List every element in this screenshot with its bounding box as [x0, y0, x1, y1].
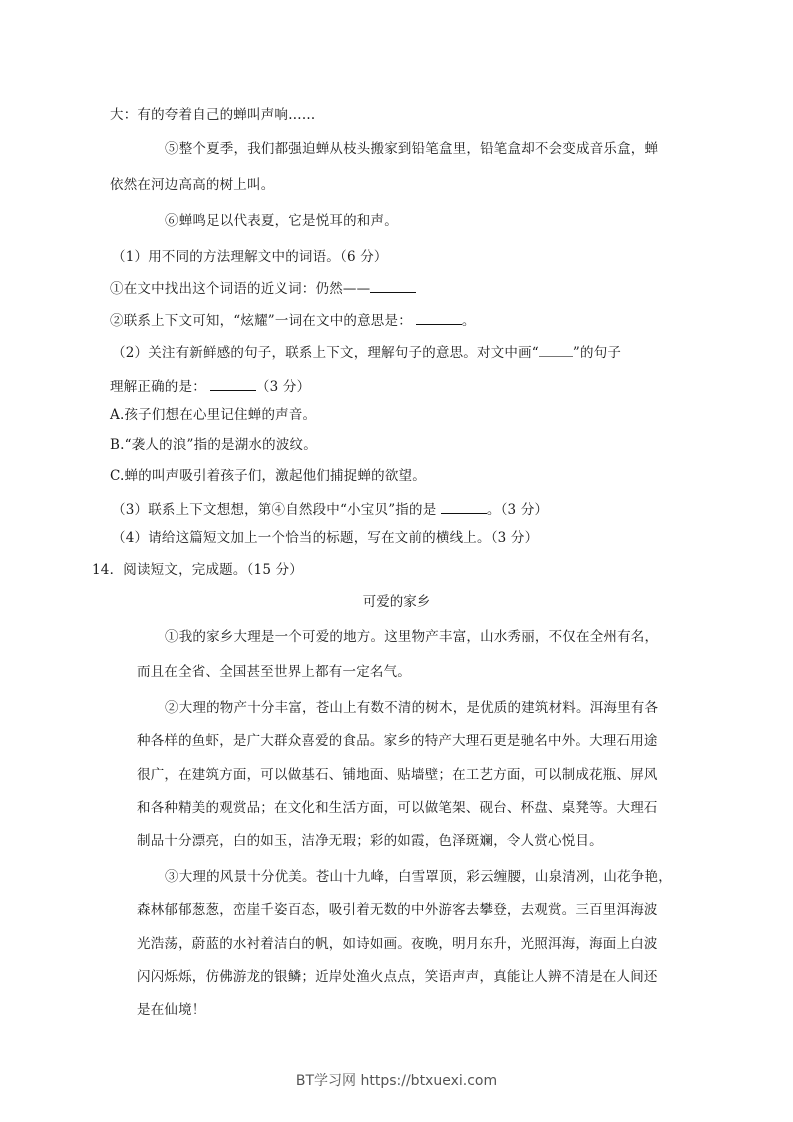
option-b: B.“袭人的浪”指的是湖水的波纹。	[110, 436, 317, 454]
question-1-sub-2-suffix: 。	[462, 313, 476, 329]
question-2-line-2-text: 理解正确的是：	[110, 379, 206, 395]
question-1-sub-1: ①在文中找出这个词语的近义词：仍然——	[110, 278, 416, 298]
question-2-score: （3 分）	[256, 379, 310, 395]
passage-title: 可爱的家乡	[0, 593, 793, 611]
question-14-heading: 14．阅读短文，完成题。（15 分）	[92, 561, 303, 579]
question-4: （4）请给这篇短文加上一个恰当的标题，写在文前的横线上。（3 分）	[112, 529, 538, 547]
paragraph-1-line-2: 而且在全省、全国甚至世界上都有一定名气。	[137, 663, 411, 681]
answer-blank[interactable]	[370, 278, 416, 293]
answer-blank[interactable]	[441, 499, 487, 514]
paragraph-2-line-4: 和各种精美的观赏品；在文化和生活方面，可以做笔架、砚台、杯盘、桌凳等。大理石	[137, 799, 658, 817]
answer-blank[interactable]	[210, 376, 256, 391]
footer-watermark: BT学习网 https://btxuexi.com	[0, 1070, 793, 1090]
question-2-line-2: 理解正确的是：（3 分）	[110, 376, 310, 396]
paragraph-2-line-3: 很广，在建筑方面，可以做基石、铺地面、贴墙壁；在工艺方面，可以制成花瓶、屏风	[137, 766, 658, 784]
question-1-sub-2-text: ②联系上下文可知，“炫耀”一词在文中的意思是：	[110, 313, 412, 329]
passage-paragraph-6: ⑥蝉鸣足以代表夏，它是悦耳的和声。	[165, 212, 398, 230]
passage-paragraph-5-line-2: 依然在河边高高的树上叫。	[110, 176, 274, 194]
paragraph-3-line-2: 森林郁郁葱葱，峦崖千姿百态，吸引着无数的中外游客去攀登，去观赏。三百里洱海波	[137, 901, 658, 919]
passage-paragraph-5-line-1: ⑤整个夏季，我们都强迫蝉从枝头搬家到铅笔盒里，铅笔盒却不会变成音乐盒，蝉	[165, 140, 658, 158]
question-1-prompt: （1）用不同的方法理解文中的词语。（6 分）	[112, 248, 388, 266]
paragraph-1-line-1: ①我的家乡大理是一个可爱的地方。这里物产丰富，山水秀丽，不仅在全州有名，	[165, 628, 658, 646]
paragraph-3-line-3: 光浩荡，蔚蓝的水衬着洁白的帆，如诗如画。夜晚，明月东升，光照洱海，海面上白波	[137, 935, 658, 953]
option-c: C.蝉的叫声吸引着孩子们，激起他们捕捉蝉的欲望。	[110, 467, 426, 485]
paragraph-3-line-4: 闪闪烁烁，仿佛游龙的银鳞；近岸处渔火点点，笑语声声，真能让人辨不清是在人间还	[137, 968, 658, 986]
paragraph-2-line-2: 种各样的鱼虾，是广大群众喜爱的食品。家乡的特产大理石更是驰名中外。大理石用途	[137, 732, 658, 750]
paragraph-3-line-5: 是在仙境！	[137, 1001, 206, 1019]
question-3: （3）联系上下文想想，第④自然段中“小宝贝”指的是 。（3 分）	[112, 499, 548, 519]
underline-marker	[539, 344, 573, 357]
paragraph-2-line-1: ②大理的物产十分丰富，苍山上有数不清的树木，是优质的建筑材料。洱海里有各	[165, 699, 658, 717]
option-a: A.孩子们想在心里记住蝉的声音。	[110, 406, 316, 424]
question-2-prompt-part2: ”的句子	[573, 345, 621, 361]
paragraph-2-line-5: 制品十分漂亮，白的如玉，洁净无瑕；彩的如霞，色泽斑斓，令人赏心悦目。	[137, 832, 603, 850]
question-2-prompt: （2）关注有新鲜感的句子，联系上下文，理解句子的意思。对文中画“”的句子	[112, 344, 621, 362]
paragraph-3-line-1: ③大理的风景十分优美。苍山十九峰，白雪罩顶，彩云缠腰，山泉清冽，山花争艳，	[165, 868, 672, 886]
question-2-prompt-part1: （2）关注有新鲜感的句子，联系上下文，理解句子的意思。对文中画“	[112, 345, 539, 361]
answer-blank[interactable]	[416, 310, 462, 325]
passage-line: 大：有的夸着自己的蝉叫声响……	[110, 106, 316, 124]
question-1-sub-2: ②联系上下文可知，“炫耀”一词在文中的意思是：。	[110, 310, 476, 330]
question-1-sub-1-text: ①在文中找出这个词语的近义词：仍然——	[110, 281, 370, 297]
question-3-text: （3）联系上下文想想，第④自然段中“小宝贝”指的是	[112, 502, 441, 518]
document-page: 大：有的夸着自己的蝉叫声响…… ⑤整个夏季，我们都强迫蝉从枝头搬家到铅笔盒里，铅…	[0, 0, 793, 1122]
question-3-suffix: 。（3 分）	[487, 502, 548, 518]
